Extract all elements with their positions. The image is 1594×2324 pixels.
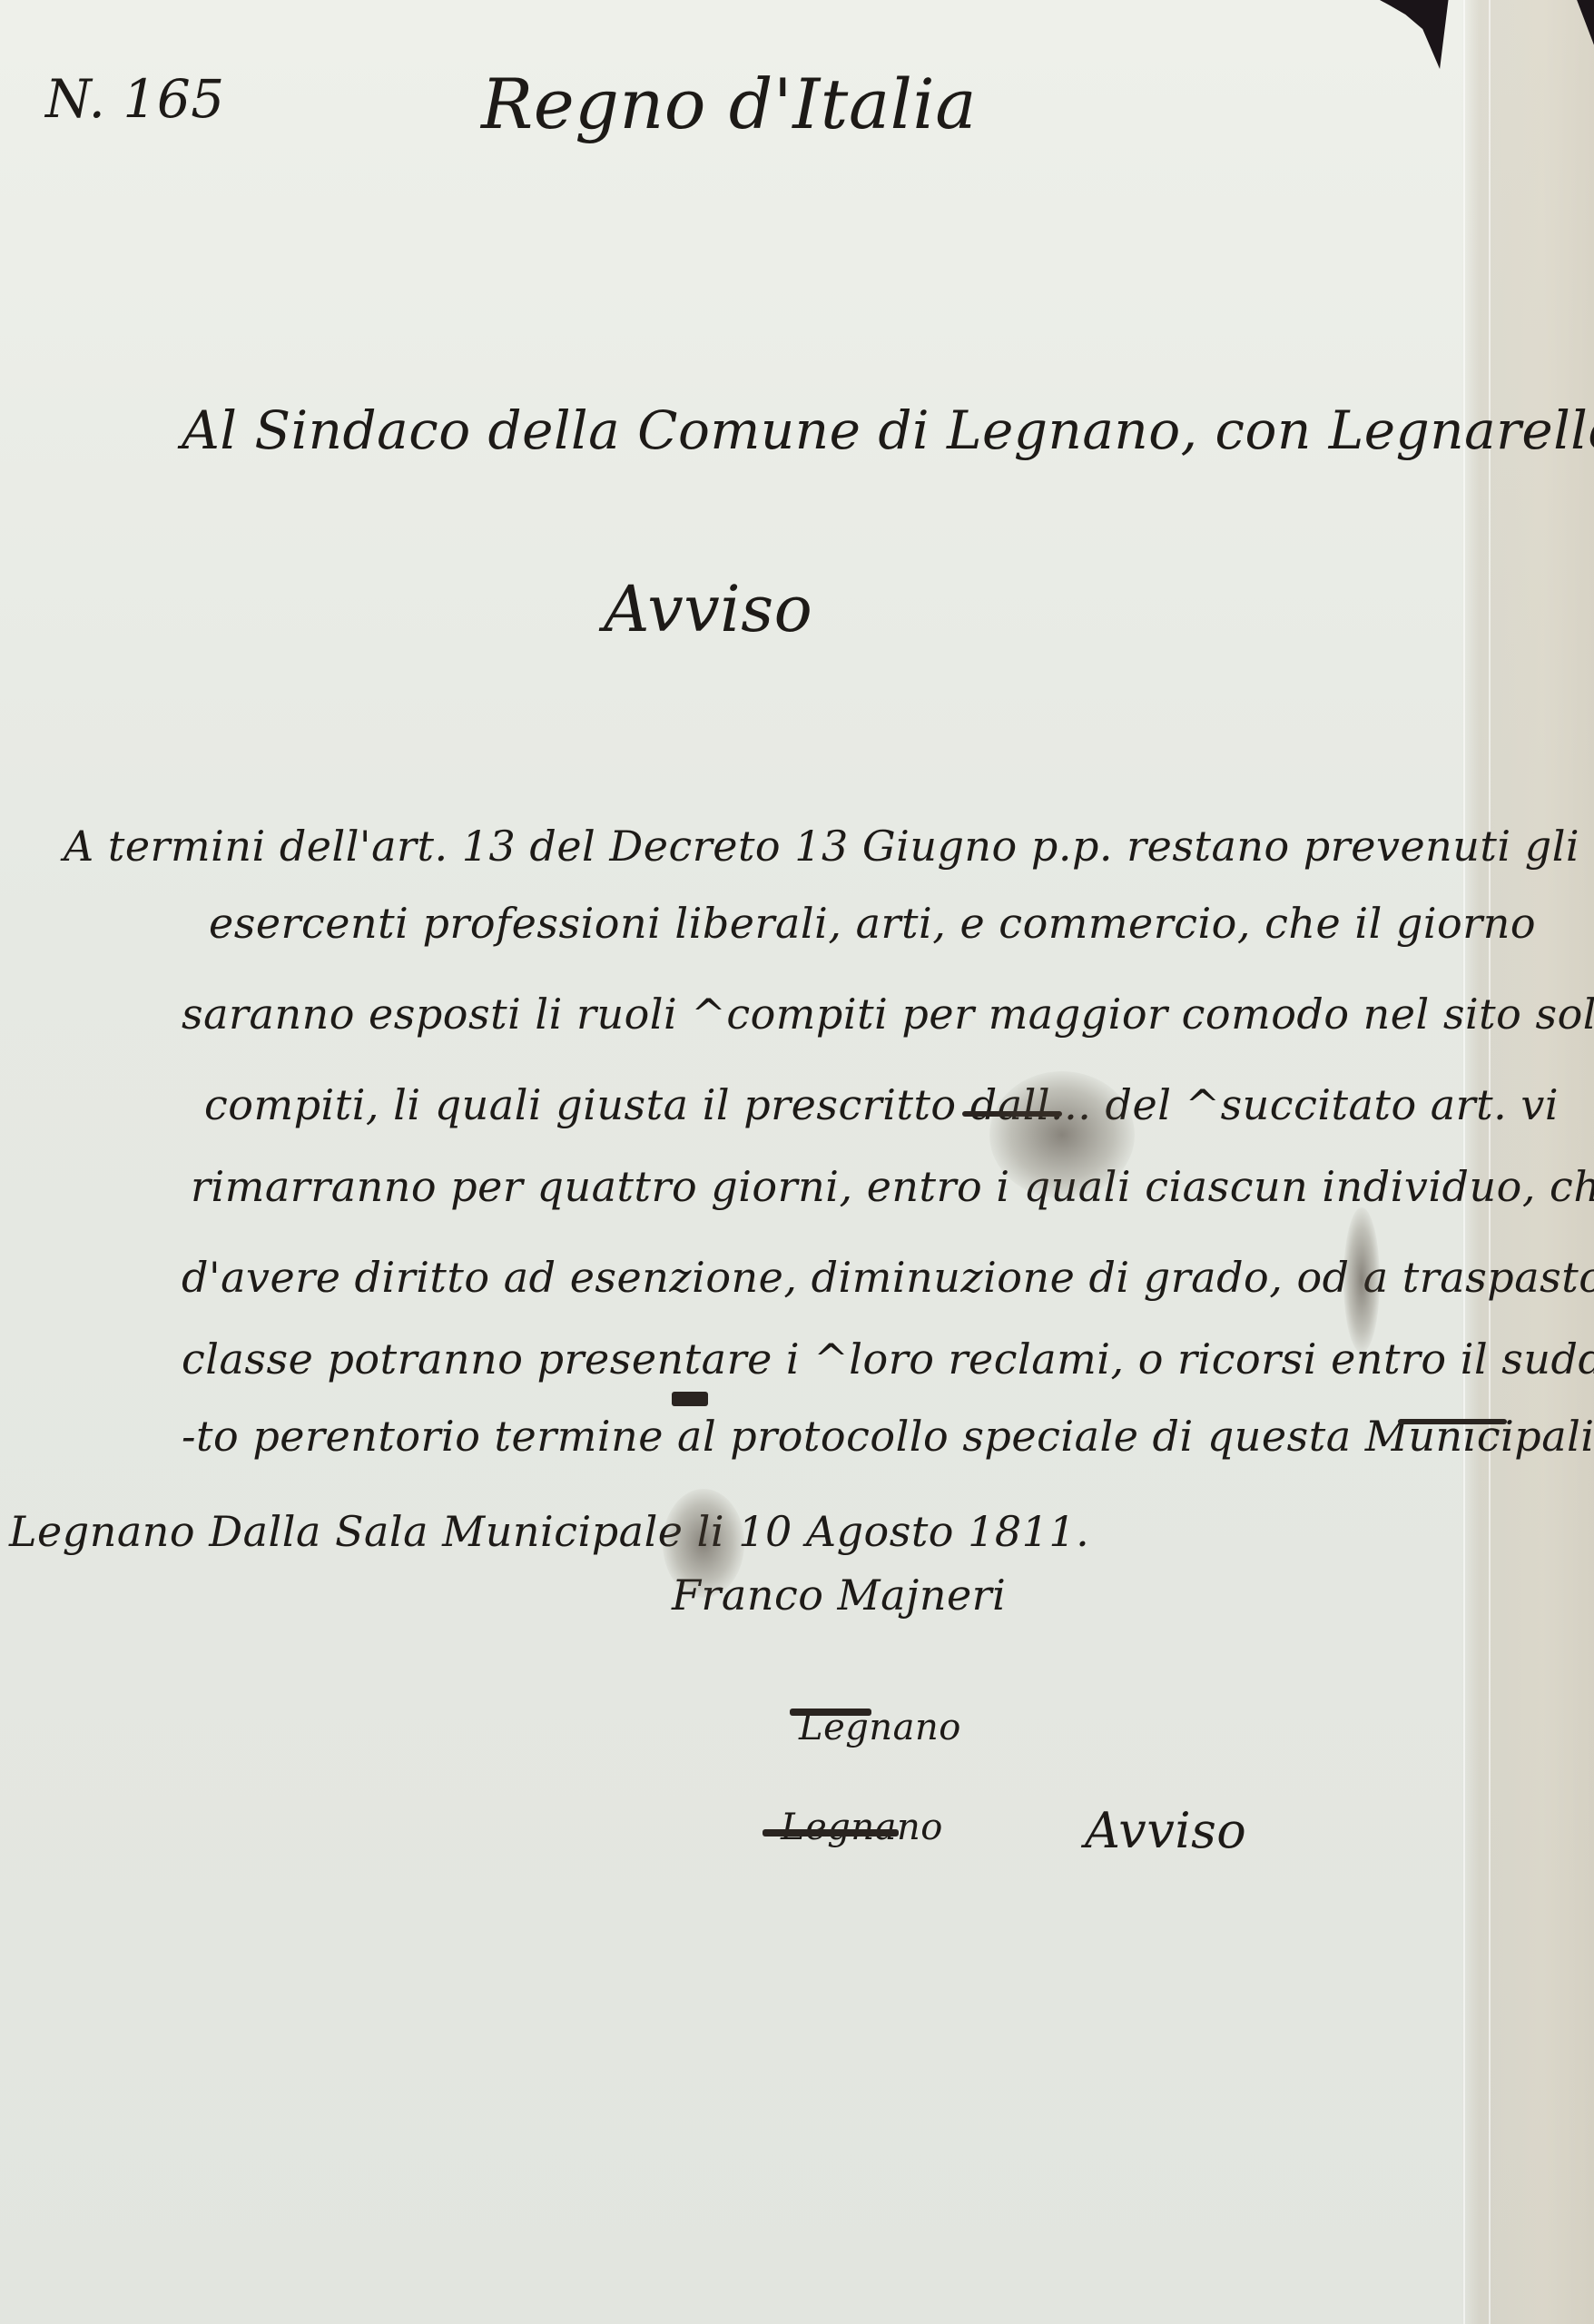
strikethrough-mark — [1398, 1419, 1507, 1424]
ink-stain — [989, 1071, 1135, 1198]
body-line: classe potranno presentare i ^loro recla… — [182, 1334, 1594, 1384]
body-line: saranno esposti li ruoli ^compiti per ma… — [182, 990, 1594, 1039]
flourish-underline — [790, 1709, 871, 1716]
body-line: rimarranno per quattro giorni, entro i q… — [191, 1162, 1594, 1211]
ink-blot — [672, 1392, 708, 1406]
addressee-line: Al Sindaco della Comune di Legnano, con … — [182, 399, 1594, 461]
ink-stain — [663, 1489, 744, 1598]
body-line: -to perentorio termine al protocollo spe… — [182, 1412, 1594, 1461]
document-page: N. 165 Regno d'Italia Al Sindaco della C… — [0, 0, 1594, 2324]
ink-stain — [1343, 1207, 1380, 1353]
document-title: Avviso — [604, 572, 812, 646]
document-number: N. 165 — [45, 68, 225, 130]
endorsement-text: Avviso — [1085, 1802, 1246, 1859]
endorsement-text: Legnano — [781, 1807, 943, 1848]
flourish-underline — [763, 1829, 899, 1837]
body-line: A termini dell'art. 13 del Decreto 13 Gi… — [64, 822, 1579, 871]
body-line: compiti, li quali giusta il prescritto d… — [204, 1080, 1559, 1129]
body-line: esercenti professioni liberali, arti, e … — [209, 899, 1536, 948]
document-heading: Regno d'Italia — [481, 64, 977, 144]
torn-corner — [1380, 0, 1594, 73]
body-line: d'avere diritto ad esenzione, diminuzion… — [182, 1253, 1594, 1302]
place-and-date: Legnano Dalla Sala Municipale li 10 Agos… — [9, 1507, 1089, 1556]
